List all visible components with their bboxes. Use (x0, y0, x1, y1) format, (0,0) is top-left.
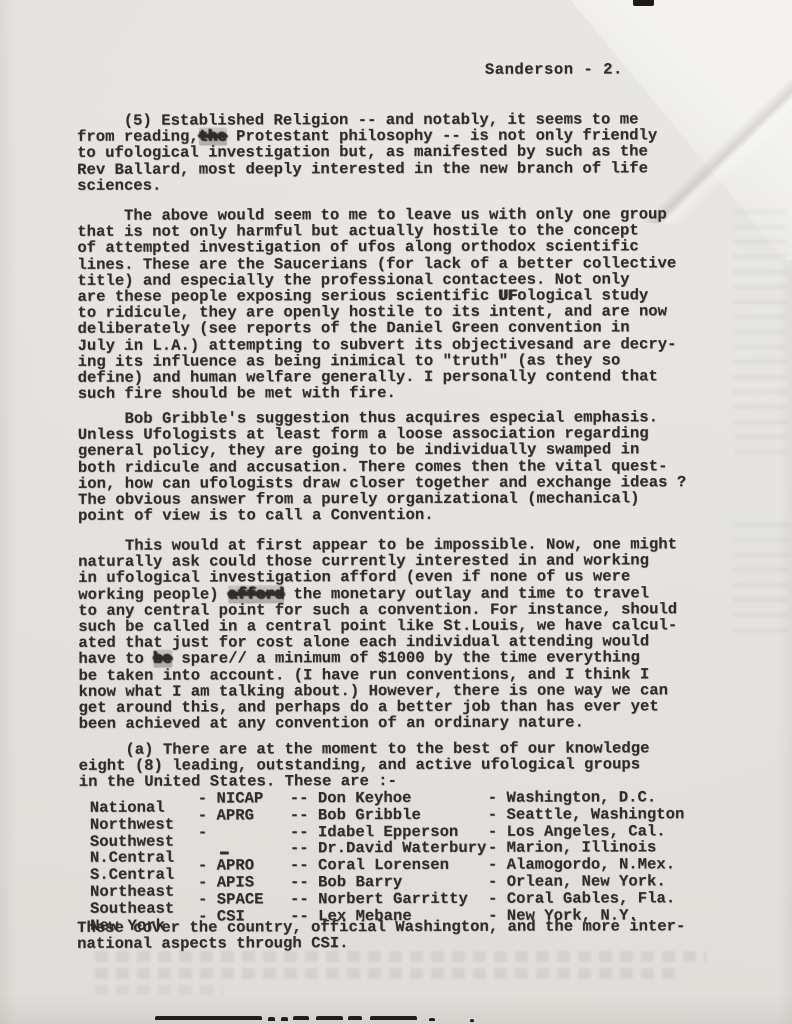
group-region: Southeast (90, 900, 174, 917)
group-person: -- Dr.David Waterbury (290, 840, 487, 857)
group-region: N.Central (90, 850, 174, 867)
group-place: - Alamogordo, N.Mex. (488, 856, 685, 873)
group-org: - APIS (198, 874, 264, 891)
text-line: Rev Ballard, most deeply interested in t… (77, 160, 657, 178)
paragraph-hostile-group: The above would seem to me to leave us w… (77, 206, 676, 402)
groups-region-column: NationalNorthwestSouthwestN.CentralS.Cen… (90, 800, 175, 935)
scanned-typewritten-page: Sanderson - 2. (5) Established Religion … (0, 0, 792, 1024)
closing-line: national aspects through CSI. (77, 934, 685, 952)
paragraph-established-religion: (5) Established Religion -- and notably,… (77, 111, 657, 193)
text-segment: Rev Ballard, most deeply interested in t… (77, 159, 648, 178)
group-org: - (198, 824, 264, 841)
group-place: - Seattle, Washington (488, 806, 685, 823)
group-region: National (90, 800, 174, 817)
group-person: -- Bob Gribble (290, 807, 487, 824)
text-segment: been achieved at any convention of an or… (79, 714, 584, 733)
paragraph-gribble-suggestion: Bob Gribble's suggestion thus acquires e… (78, 409, 687, 524)
text-line: point of view is to call a Convention. (78, 506, 686, 524)
closing-line: These cover the country, official Washin… (77, 918, 685, 936)
typewritten-text-layer: Sanderson - 2. (5) Established Religion … (0, 0, 792, 1024)
groups-organization-column: - NICAP- APRG-- APRO- APIS- SPACE- CSI (198, 790, 264, 925)
group-region: S.Central (90, 867, 174, 884)
text-segment: such fire should be met with fire. (78, 384, 396, 403)
group-org: - SPACE (198, 891, 264, 908)
group-person: -- Norbert Garritty (290, 891, 487, 908)
group-region: Northeast (90, 884, 174, 901)
paragraph-convention-cost: This would at first appear to be impossi… (78, 536, 677, 732)
group-org: - NICAP (198, 790, 264, 807)
group-place: - Orlean, New York. (488, 873, 685, 890)
page-header: Sanderson - 2. (485, 60, 623, 78)
stray-typed-dash (220, 851, 229, 854)
groups-place-column: - Washington, D.C.- Seattle, Washington-… (488, 789, 685, 924)
paragraph-eight-groups: (a) There are at the moment to the best … (79, 740, 650, 790)
group-region: Northwest (90, 816, 174, 833)
text-line: such fire should be met with fire. (78, 384, 677, 402)
group-org: - APRG (198, 807, 264, 824)
text-line: been achieved at any convention of an or… (79, 714, 678, 732)
groups-person-column: -- Don Keyhoe-- Bob Gribble-- Idabel Epp… (290, 790, 487, 925)
text-segment: point of view is to call a Convention. (78, 506, 434, 525)
group-person: -- Coral Lorensen (290, 857, 487, 874)
group-person: -- Bob Barry (290, 874, 487, 891)
text-segment: sciences. (77, 176, 161, 194)
closing-note: These cover the country, official Washin… (77, 918, 685, 952)
group-org (198, 841, 264, 858)
group-person: -- Don Keyhoe (290, 790, 487, 807)
group-place: - Washington, D.C. (488, 789, 685, 806)
group-place: - Coral Gables, Fla. (488, 890, 685, 907)
text-line: sciences. (77, 176, 657, 194)
group-org: - APRO (198, 858, 264, 875)
